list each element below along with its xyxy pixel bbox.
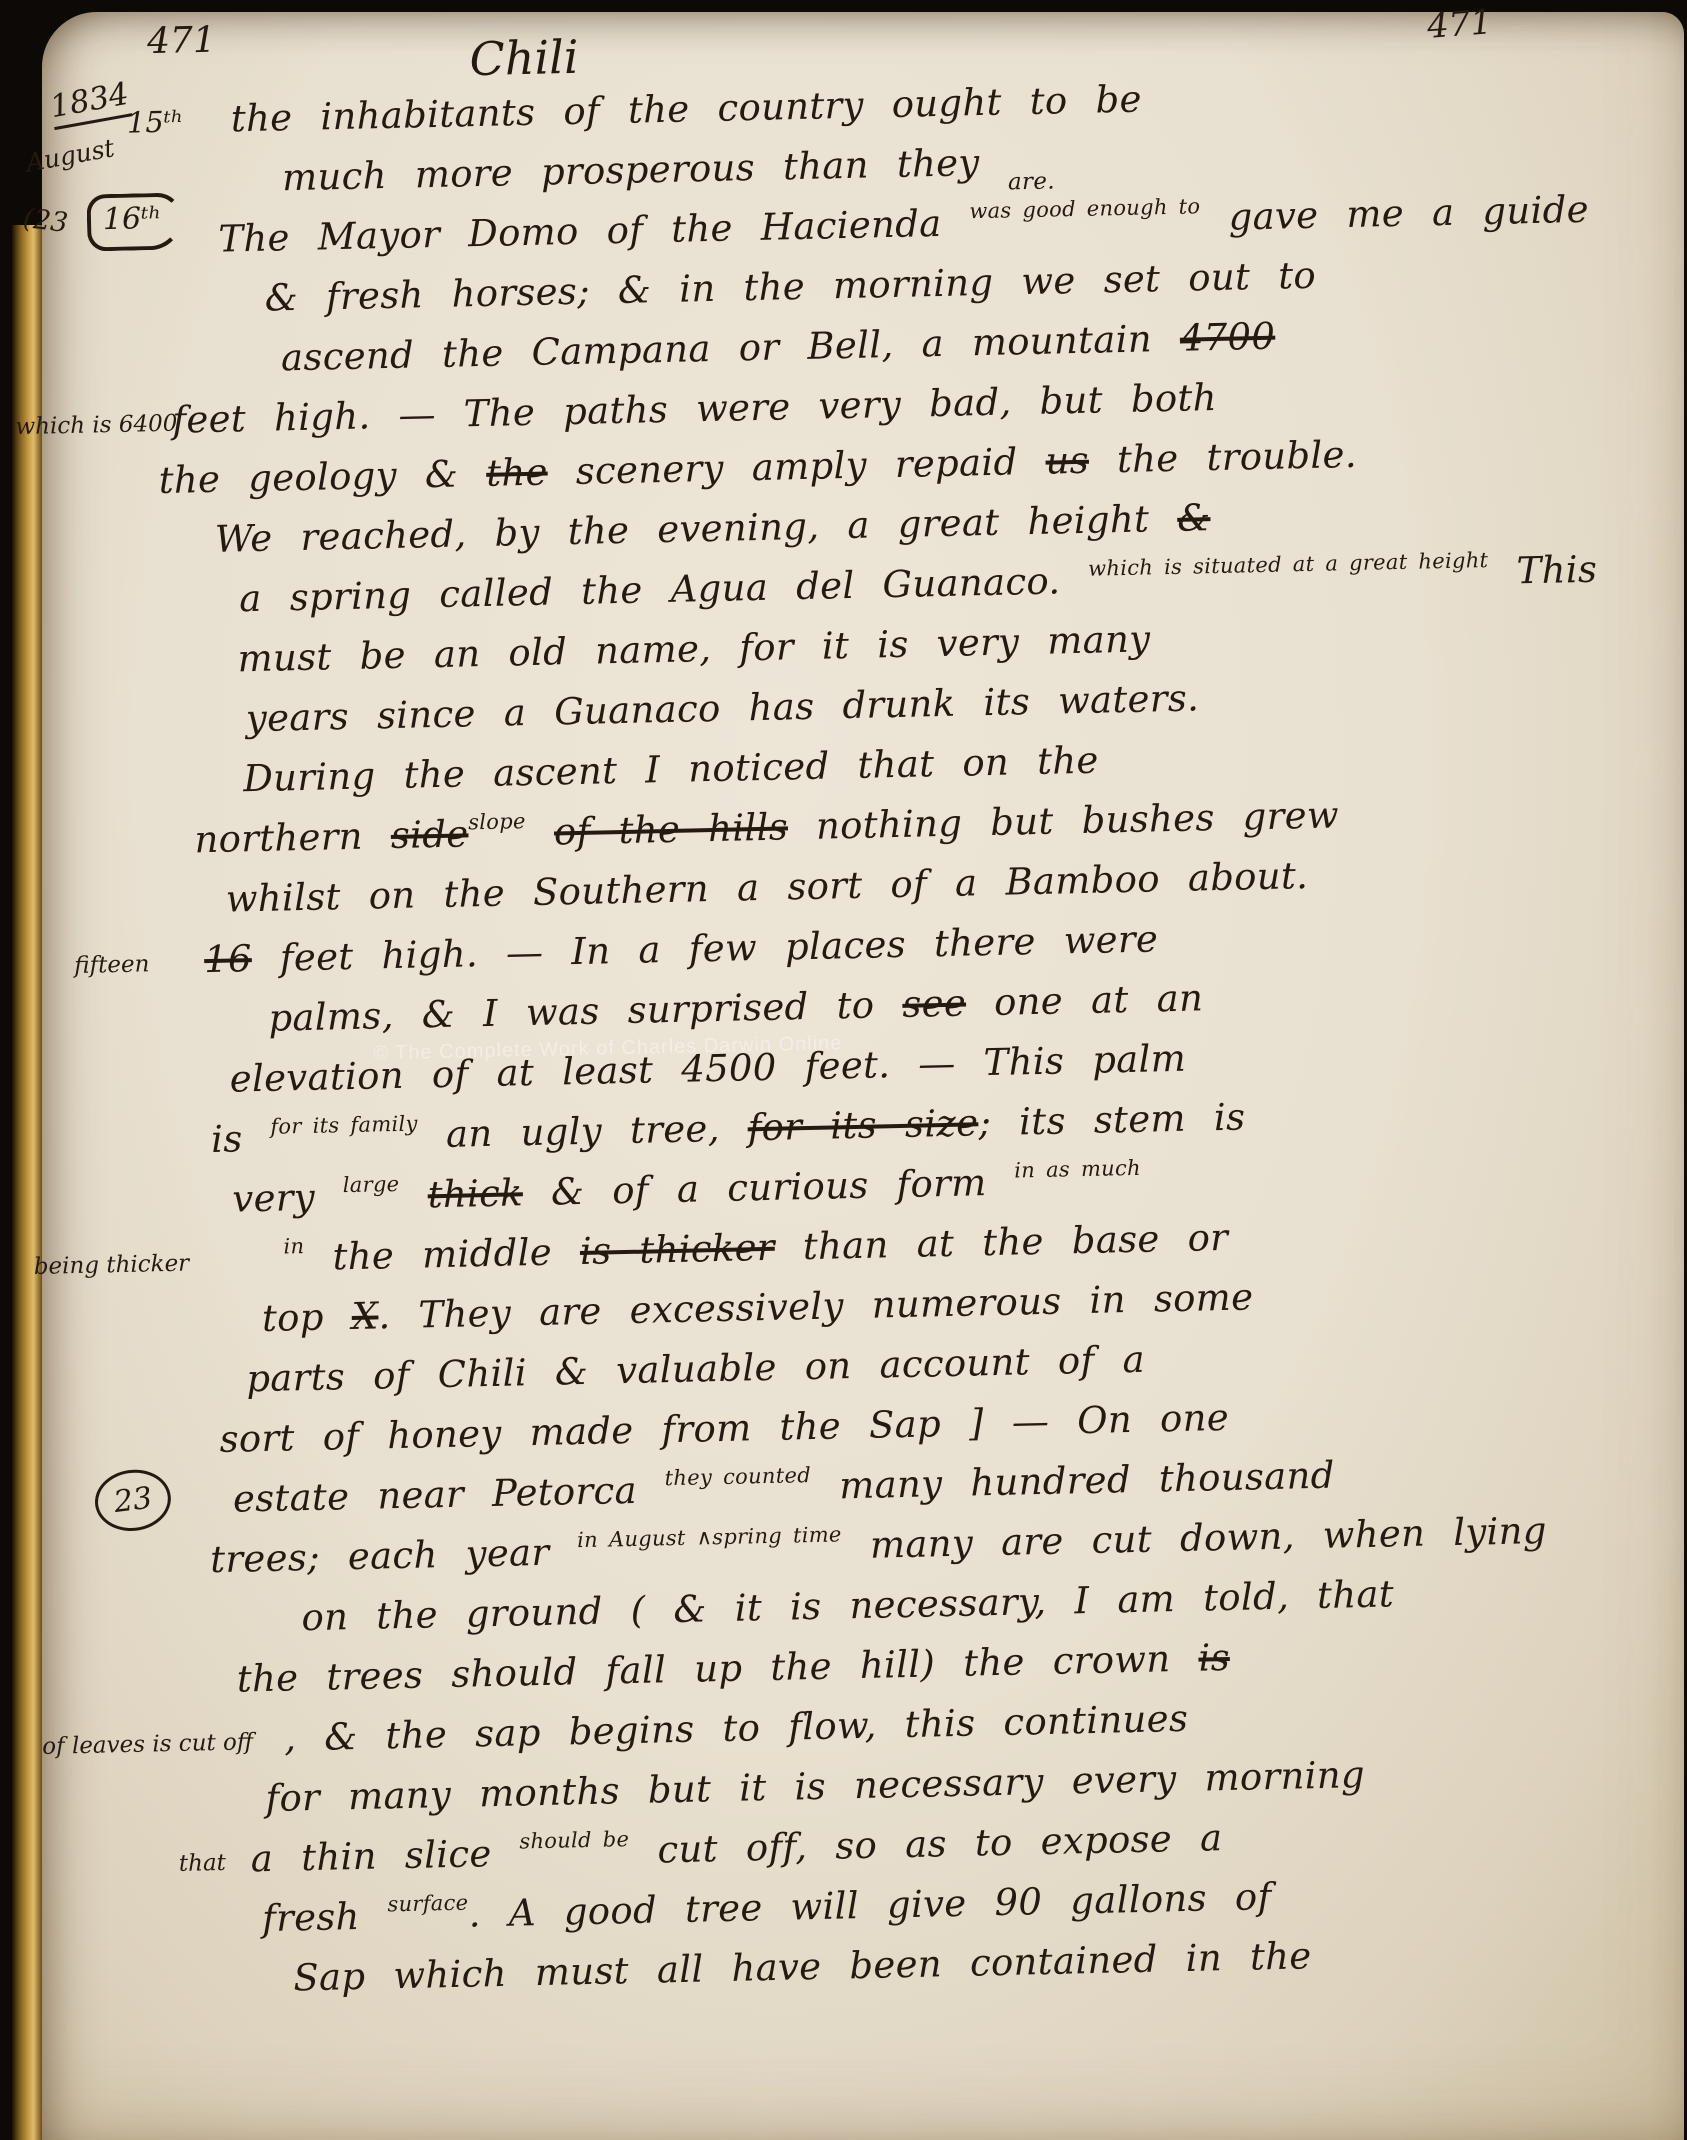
margin-note: that xyxy=(179,1850,227,1877)
margin-note: being thicker xyxy=(34,1251,190,1280)
text-segment: estate near Petorca xyxy=(232,1468,665,1520)
page-title: Chili xyxy=(469,30,579,86)
struck-text: is xyxy=(1198,1636,1230,1680)
inserted-text: large xyxy=(342,1172,399,1197)
text-segment: This xyxy=(1488,548,1598,593)
page-number-left: 471 xyxy=(147,20,217,62)
inserted-text: in as much xyxy=(1014,1156,1141,1183)
text-segment: a thin slice xyxy=(250,1831,520,1880)
inserted-text: was good enough to xyxy=(969,194,1201,223)
text-segment: trees; each year xyxy=(210,1530,578,1581)
struck-text: for its size xyxy=(747,1101,979,1149)
page-number-right: 471 xyxy=(1426,2,1494,47)
inserted-text: in August ∧spring time xyxy=(577,1522,842,1552)
margin-note: fifteen xyxy=(74,951,150,979)
inserted-text: surface xyxy=(387,1891,468,1917)
text-segment: fresh xyxy=(262,1894,389,1940)
text-segment: an ugly tree, xyxy=(417,1106,748,1156)
struck-text: us xyxy=(1045,439,1089,483)
struck-text: is thicker xyxy=(579,1226,775,1273)
text-segment: gave me a guide xyxy=(1200,188,1589,239)
text-segment: top xyxy=(262,1295,353,1340)
inserted-text: in xyxy=(283,1234,304,1258)
struck-text: X xyxy=(351,1294,379,1338)
line-text: the inhabitants of the country ought to … xyxy=(230,78,1142,141)
struck-text: see xyxy=(902,982,967,1026)
manuscript-photo: 471 Chili 471 1834 August 15ᵗʰ (23 16ᵗʰ … xyxy=(0,0,1687,2140)
text-segment xyxy=(525,810,554,854)
margin-note: which is 6400 xyxy=(15,411,177,441)
text-segment: the middle xyxy=(304,1230,580,1279)
struck-text: side xyxy=(390,812,469,857)
margin-note: of leaves is cut off xyxy=(42,1729,253,1760)
inserted-text: should be xyxy=(519,1827,629,1853)
text-segment: northern xyxy=(194,814,391,861)
inserted-text: for its family xyxy=(270,1112,418,1139)
struck-text: thick xyxy=(427,1171,523,1216)
text-segment: the geology & xyxy=(158,452,486,502)
struck-text: of the hills xyxy=(554,805,789,853)
inserted-text: slope xyxy=(468,809,526,834)
text-segment: very xyxy=(232,1175,344,1220)
text-segment: is xyxy=(211,1117,271,1161)
text-segment: ; its stem is xyxy=(978,1095,1246,1144)
struck-text: 4700 xyxy=(1179,315,1275,360)
inserted-below-text: are. xyxy=(1008,168,1055,195)
text-segment: than at the base or xyxy=(774,1216,1228,1269)
text-segment: the trouble. xyxy=(1088,433,1357,482)
manuscript-lines: the inhabitants of the country ought to … xyxy=(0,0,1665,3)
manuscript-content: 471 Chili 471 1834 August 15ᵗʰ (23 16ᵗʰ … xyxy=(0,0,1687,2140)
text-segment xyxy=(399,1173,428,1217)
struck-text: 16 xyxy=(204,937,253,981)
text-segment: the inhabitants of the country ought to … xyxy=(230,78,1142,141)
text-segment: one at an xyxy=(966,976,1204,1024)
struck-text: & xyxy=(1177,496,1211,540)
inserted-text: they counted xyxy=(664,1463,811,1490)
struck-text: the xyxy=(486,451,548,495)
